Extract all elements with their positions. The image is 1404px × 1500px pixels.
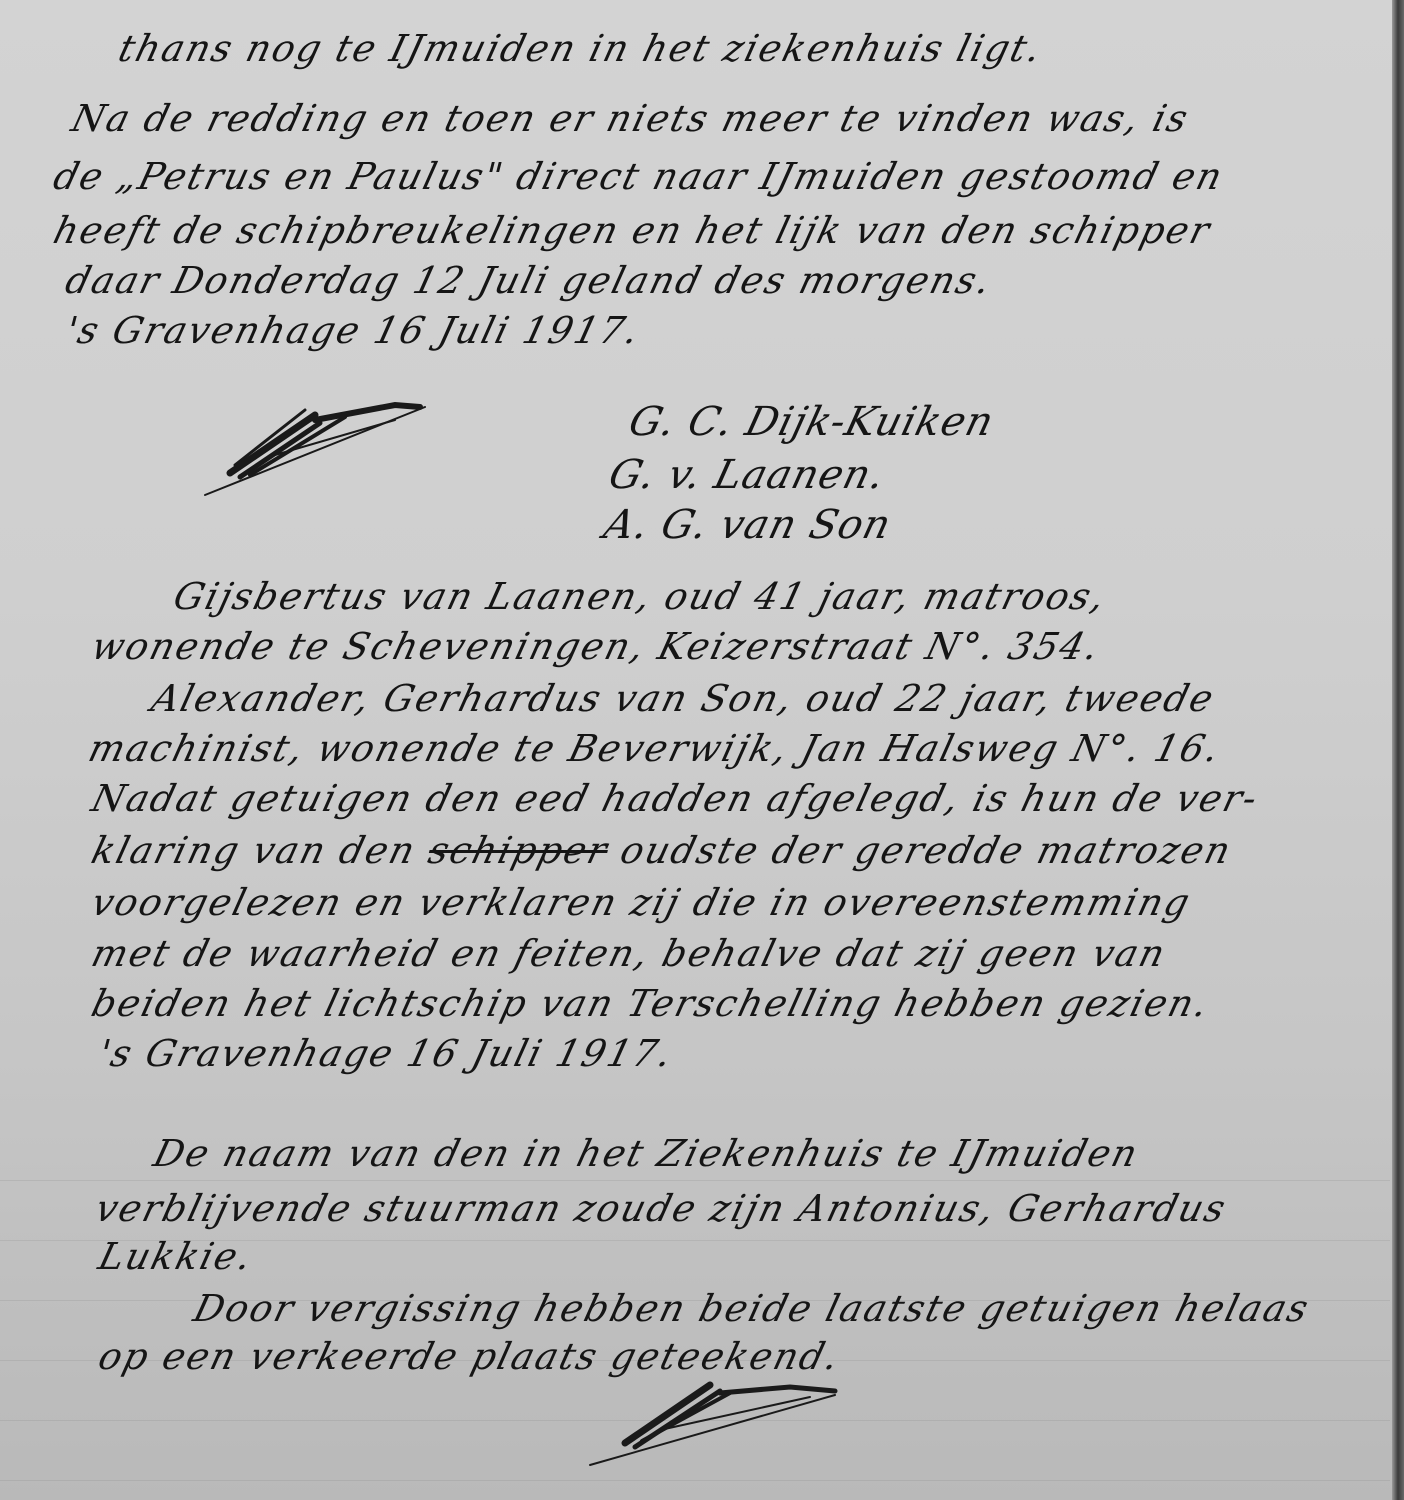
signature-name: G. v. Laanen. <box>605 455 889 495</box>
text-line: beiden het lichtschip van Terschelling h… <box>88 985 1213 1022</box>
text-fragment: klaring van den <box>87 829 421 872</box>
ruled-line <box>0 1180 1390 1181</box>
handwritten-document-page: thans nog te IJmuiden in het ziekenhuis … <box>0 0 1404 1500</box>
text-line: daar Donderdag 12 Juli geland des morgen… <box>62 262 996 299</box>
text-line: Gijsbertus van Laanen, oud 41 jaar, matr… <box>170 578 1110 615</box>
signature-scribble-icon <box>580 1375 850 1475</box>
date-line: 's Gravenhage 16 Juli 1917. <box>95 1035 677 1072</box>
ruled-line <box>0 1480 1390 1481</box>
text-line: verblijvende stuurman zoude zijn Antoniu… <box>92 1190 1231 1227</box>
text-line: voorgelezen en verklaren zij die in over… <box>88 884 1195 921</box>
text-line: met de waarheid en feiten, behalve dat z… <box>88 935 1170 972</box>
text-line: Door vergissing hebben beide laatste get… <box>190 1290 1314 1327</box>
text-line: machinist, wonende te Beverwijk, Jan Hal… <box>85 730 1225 767</box>
text-line: de „Petrus en Paulus" direct naar IJmuid… <box>50 158 1228 195</box>
text-line: Na de redding en toen er niets meer te v… <box>68 100 1193 137</box>
signature-scribble-icon <box>195 395 435 505</box>
signature-name: G. C. Dijk-Kuiken <box>625 402 998 442</box>
text-line: Alexander, Gerhardus van Son, oud 22 jaa… <box>148 680 1219 717</box>
text-line: De naam van den in het Ziekenhuis te IJm… <box>150 1135 1143 1172</box>
text-line: Lukkie. <box>95 1238 257 1275</box>
text-line: heeft de schipbreukelingen en het lijk v… <box>50 212 1215 249</box>
text-line: thans nog te IJmuiden in het ziekenhuis … <box>115 30 1046 67</box>
signature-name: A. G. van Son <box>600 505 895 545</box>
page-edge-shadow <box>1392 0 1404 1500</box>
struck-word: schipper <box>424 829 613 872</box>
text-line: klaring van den schipper oudste der gere… <box>88 832 1236 869</box>
text-line: op een verkeerde plaats geteekend. <box>95 1338 844 1375</box>
text-line: Nadat getuigen den eed hadden afgelegd, … <box>88 780 1263 817</box>
date-line: 's Gravenhage 16 Juli 1917. <box>62 312 644 349</box>
text-fragment: oudste der geredde matrozen <box>616 829 1236 872</box>
text-line: wonende te Scheveningen, Keizerstraat N°… <box>88 628 1104 665</box>
